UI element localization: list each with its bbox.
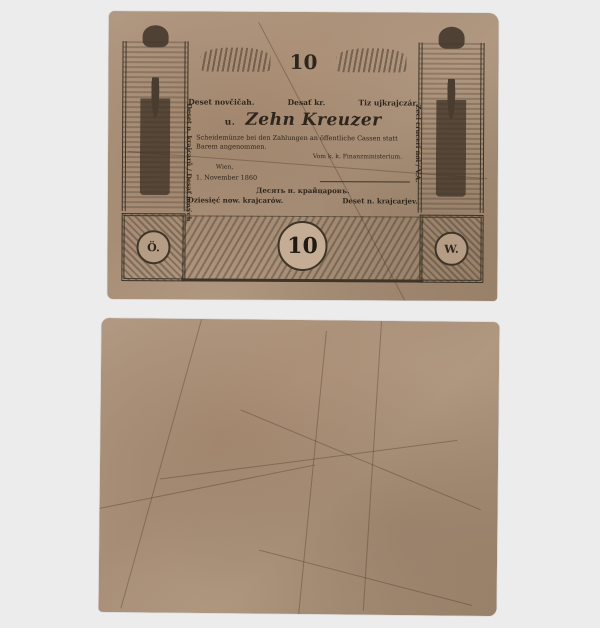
- header-middle: Desať kr.: [288, 98, 326, 107]
- body-text: Scheidemünze bei den Zahlungen an öffent…: [188, 133, 418, 152]
- crease: [99, 464, 315, 508]
- crease: [160, 440, 458, 480]
- bottom-right: Deset n. krajcarjev.: [342, 196, 417, 205]
- male-figure: [140, 77, 171, 195]
- title-text: Zehn Kreuzer: [245, 110, 381, 131]
- bottom-row: Dziesięć now. krajcarów. Deset n. krajca…: [188, 195, 418, 205]
- crease: [240, 409, 480, 510]
- trophy-band: 10: [181, 215, 423, 282]
- corner-box-left: Ö.: [121, 213, 185, 281]
- crown-ornament: [200, 47, 270, 71]
- note-text: Deset novčičah. Desať kr. Tiz ujkrajczár…: [188, 97, 419, 205]
- signature-line: [320, 171, 410, 182]
- top-denomination: 10: [290, 50, 318, 74]
- left-pillar: [122, 41, 189, 211]
- header-right: Tiz ujkrajczár.: [359, 98, 419, 107]
- center-denomination: 10: [277, 221, 327, 271]
- griffin-ornament: [336, 48, 406, 72]
- date-row: 1. November 1860: [188, 170, 418, 182]
- crease: [298, 331, 327, 616]
- title-prefix: u.: [225, 118, 236, 128]
- banknote-front: 10 Deset n. krajcarů / Desať nových Zeci…: [107, 11, 499, 301]
- corner-medal-left: Ö.: [136, 230, 170, 264]
- banknote-back: [98, 318, 499, 616]
- female-figure: [436, 79, 467, 197]
- right-pillar: [418, 43, 485, 213]
- bottom-left: Dziesięć now. krajcarów.: [188, 195, 283, 204]
- eagle-icon: [439, 27, 465, 49]
- authority: Vom k. k. Finanzministerium.: [188, 152, 418, 160]
- header-row: Deset novčičah. Desať kr. Tiz ujkrajczár…: [188, 97, 418, 107]
- header-left: Deset novčičah.: [188, 97, 254, 106]
- crease: [120, 319, 202, 608]
- corner-box-right: W.: [419, 215, 483, 283]
- note-title: u.Zehn Kreuzer: [188, 109, 418, 130]
- corner-medal-right: W.: [434, 232, 468, 266]
- cyrillic-line: Десять н. крайцаровъ.: [188, 185, 418, 195]
- ornate-frame: 10 Deset n. krajcarů / Desať nových Zeci…: [121, 41, 484, 283]
- date: 1. November 1860: [196, 173, 257, 181]
- eagle-icon: [143, 25, 169, 47]
